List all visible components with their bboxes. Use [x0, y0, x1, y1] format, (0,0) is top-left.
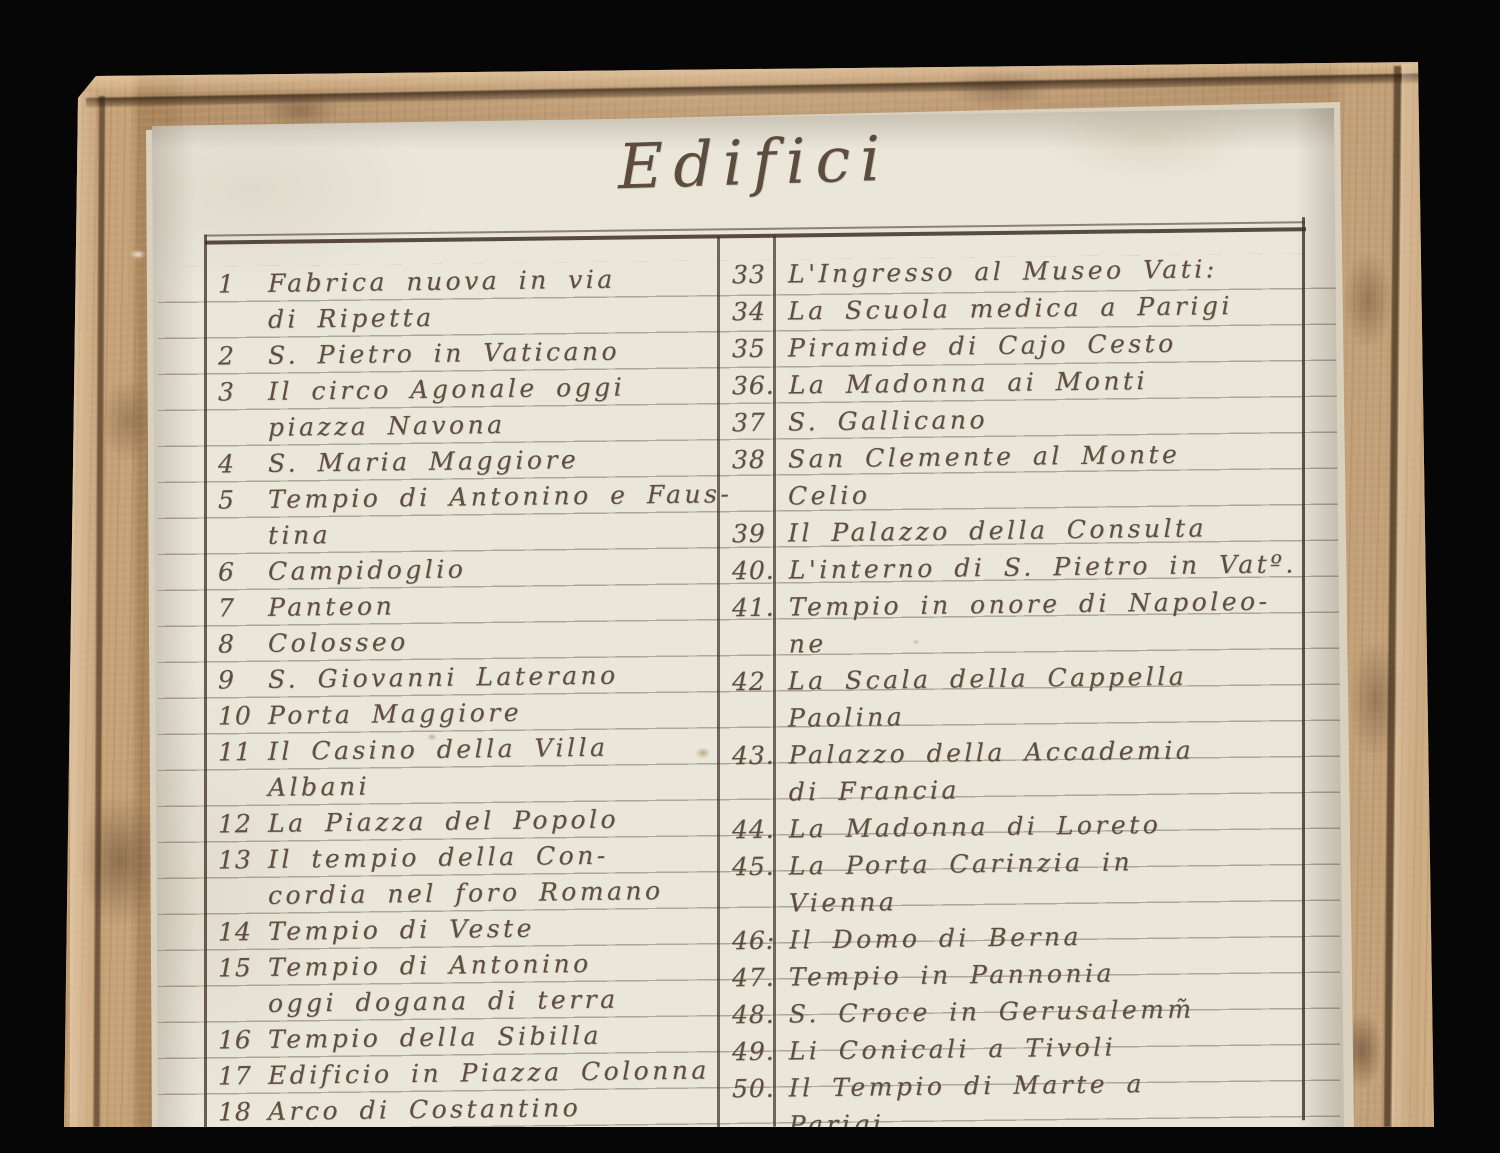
- entry-text: San Clemente al Monte Celio: [774, 436, 1180, 515]
- entry-number: 18: [212, 1094, 268, 1127]
- entry-number: 1: [212, 266, 268, 303]
- entry-number: 34: [722, 293, 774, 331]
- list-entry: 12 La Piazza del Popolo: [212, 800, 718, 842]
- entry-number: 5: [212, 482, 268, 519]
- entry-text: Porta Maggiore: [268, 695, 522, 734]
- entry-number: 33: [722, 256, 774, 294]
- entry-text: La Porta Carinzia in Vienna: [775, 843, 1133, 921]
- entry-text: S. Gallicano: [774, 401, 988, 441]
- entry-number: 35: [722, 330, 774, 368]
- entry-number: 2: [212, 338, 268, 375]
- entry-number: 8: [212, 626, 268, 663]
- list-entry: 18 Arco di Costantino: [212, 1088, 718, 1127]
- entry-text: S. Croce in Gerusalemm̃: [775, 991, 1195, 1033]
- entry-number: 46:: [722, 922, 775, 960]
- table-top-border: [205, 227, 1306, 244]
- entry-text: Edificio in Piazza Colonna: [268, 1052, 710, 1093]
- entry-number: 40.: [722, 552, 775, 590]
- entry-number: 44.: [722, 811, 775, 849]
- list-entry: 9 S. Giovanni Laterano: [212, 656, 718, 698]
- entry-text: Tempio della Sibilla: [268, 1018, 602, 1058]
- entry-text: Il circo Agonale oggi piazza Navona: [268, 370, 625, 446]
- entry-number: 16: [212, 1022, 268, 1059]
- entry-number: 9: [212, 662, 268, 699]
- list-entry: 7 Panteon: [212, 584, 718, 626]
- entry-text: Tempio in Pannonia: [775, 955, 1115, 996]
- entry-text: S. Maria Maggiore: [268, 442, 579, 482]
- buildings-list-right: 33 L'Ingresso al Museo Vati: 34 La Scuol…: [722, 249, 1322, 1127]
- list-entry: 42 La Scala della Cappella Paolina: [722, 656, 1322, 737]
- list-entry: 17 Edificio in Piazza Colonna: [212, 1052, 718, 1094]
- entry-text: Panteon: [268, 588, 395, 626]
- entry-text: Campidoglio: [268, 551, 466, 589]
- entry-number: 37: [722, 404, 774, 442]
- entry-number: 10: [212, 698, 268, 735]
- list-entry: 11 Il Casino della Villa Albani: [212, 728, 718, 806]
- list-entry: 50. Il Tempio di Marte a Parigi: [722, 1063, 1322, 1127]
- entry-text: Tempio di Antonino e Faus- tina: [268, 476, 732, 554]
- entry-text: Tempio in onore di Napoleo- ne: [775, 583, 1271, 663]
- entry-text: La Madonna di Loreto: [775, 806, 1162, 848]
- entry-number: 45.: [722, 848, 775, 886]
- entry-number: 50.: [722, 1070, 775, 1108]
- dust-speck: [130, 250, 146, 259]
- entry-text: L'Ingresso al Museo Vati:: [774, 250, 1218, 292]
- list-entry: 13 Il tempio della Con- cordia nel foro …: [212, 836, 718, 914]
- list-entry: 15 Tempio di Antonino oggi dogana di ter…: [212, 944, 718, 1022]
- entry-text: La Scuola medica a Parigi: [774, 287, 1233, 330]
- entry-text: Il tempio della Con- cordia nel foro Rom…: [268, 837, 664, 914]
- entry-text: Il Casino della Villa Albani: [268, 730, 608, 806]
- entry-number: 12: [212, 806, 268, 843]
- entry-text: S. Pietro in Vaticano: [268, 334, 620, 374]
- list-entry: 14 Tempio di Veste: [212, 908, 718, 950]
- list-entry: 3 Il circo Agonale oggi piazza Navona: [212, 368, 718, 446]
- entry-text: La Piazza del Popolo: [268, 802, 619, 842]
- entry-number: 13: [212, 842, 268, 879]
- entry-text: La Madonna ai Monti: [775, 362, 1148, 404]
- table-left-border: [204, 235, 207, 1127]
- entry-number: 43.: [722, 737, 775, 775]
- entry-text: Fabrica nuova in via di Ripetta: [268, 262, 616, 338]
- entry-number: 4: [212, 446, 268, 483]
- entry-text: Tempio di Antonino oggi dogana di terra: [268, 946, 619, 1022]
- manuscript-content: Edifici 1 Fabrica nuova in via di Ripett…: [0, 0, 1500, 1127]
- entry-number: 15: [212, 950, 268, 987]
- entry-text: Il Tempio di Marte a Parigi: [775, 1065, 1145, 1127]
- list-entry: 5 Tempio di Antonino e Faus- tina: [212, 476, 718, 554]
- list-entry: 34 La Scuola medica a Parigi: [722, 286, 1322, 330]
- manuscript-paper: Edifici 1 Fabrica nuova in via di Ripett…: [0, 0, 1500, 1127]
- entry-text: Li Conicali a Tivoli: [775, 1029, 1116, 1070]
- entry-text: La Scala della Cappella Paolina: [774, 658, 1187, 737]
- buildings-list-left: 1 Fabrica nuova in via di Ripetta 2 S. P…: [212, 260, 718, 1127]
- entry-number: 38: [722, 441, 774, 479]
- list-entry: 38 San Clemente al Monte Celio: [722, 434, 1322, 515]
- entry-number: 6: [212, 554, 268, 591]
- list-entry: 2 S. Pietro in Vaticano: [212, 332, 718, 374]
- entry-number: 47.: [722, 959, 775, 997]
- entry-number: 14: [212, 914, 268, 951]
- entry-text: Tempio di Veste: [268, 911, 535, 950]
- list-entry: 16 Tempio della Sibilla: [212, 1016, 718, 1058]
- entry-number: 3: [212, 374, 268, 411]
- entry-number: 49.: [722, 1033, 775, 1071]
- list-entry: 8 Colosseo: [212, 620, 718, 662]
- list-entry: 10 Porta Maggiore: [212, 692, 718, 734]
- list-entry: 1 Fabrica nuova in via di Ripetta: [212, 260, 718, 338]
- entry-text: Il Palazzo della Consulta: [774, 509, 1207, 551]
- list-entry: 43. Palazzo della Accademia di Francia: [722, 730, 1322, 811]
- entry-number: 36.: [722, 367, 775, 405]
- entry-text: Arco di Costantino: [268, 1090, 581, 1127]
- entry-number: 39: [722, 515, 774, 553]
- entry-text: Piramide di Cajo Cesto: [774, 325, 1177, 367]
- list-entry: 6 Campidoglio: [212, 548, 718, 590]
- entry-number: 11: [212, 734, 268, 771]
- entry-number: 7: [212, 590, 268, 627]
- list-entry: 45. La Porta Carinzia in Vienna: [722, 841, 1322, 922]
- entry-number: 48.: [722, 996, 775, 1034]
- page-title: Edifici: [204, 109, 1303, 216]
- entry-text: Il Domo di Berna: [775, 918, 1082, 959]
- box-left-edge-highlight: [70, 92, 97, 1127]
- entry-number: 42: [722, 663, 774, 701]
- entry-text: S. Giovanni Laterano: [268, 658, 619, 698]
- entry-number: 17: [212, 1058, 268, 1095]
- entry-text: Palazzo della Accademia di Francia: [775, 732, 1194, 811]
- list-entry: 41. Tempio in onore di Napoleo- ne: [722, 582, 1322, 663]
- entry-text: L'interno di S. Pietro in Vatº.: [775, 545, 1297, 588]
- entry-text: Colosseo: [268, 624, 409, 662]
- entry-number: 41.: [722, 589, 775, 627]
- list-entry: 4 S. Maria Maggiore: [212, 440, 718, 482]
- photo-background: Edifici 1 Fabrica nuova in via di Ripett…: [0, 0, 1500, 1127]
